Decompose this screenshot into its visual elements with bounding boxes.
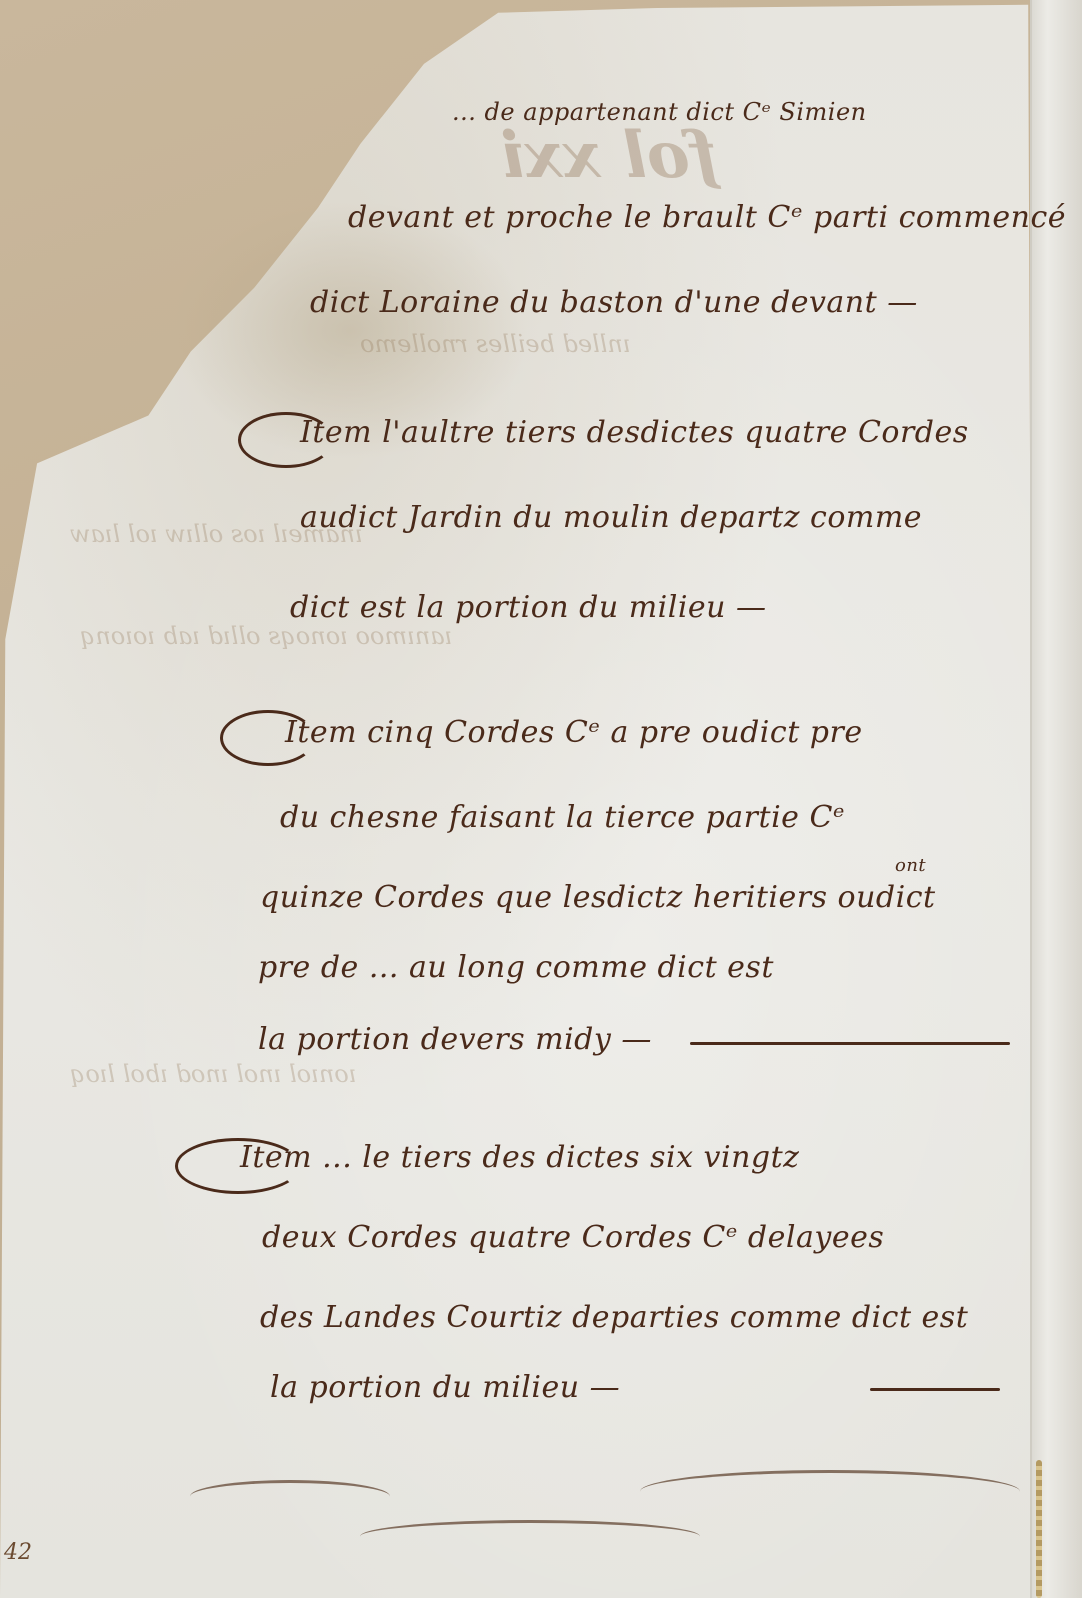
bleed-through-text: ıonıol ınol ınod ıbol lıoq: [70, 1060, 356, 1088]
text-line: deux Cordes quatre Cordes Cᵉ delayees: [262, 1220, 884, 1255]
text-line: la portion du milieu —: [270, 1370, 620, 1405]
pen-stroke: [360, 1520, 700, 1553]
text-line: la portion devers midy —: [258, 1022, 652, 1057]
text-line: devant et proche le brault Cᵉ parti comm…: [348, 200, 1066, 235]
binding-thread: [1036, 1460, 1042, 1598]
pen-stroke: [190, 1480, 390, 1513]
text-line: des Landes Courtiz departies comme dict …: [260, 1300, 968, 1335]
text-line: dict est la portion du milieu —: [290, 590, 767, 625]
text-line: dict Loraine du baston d'une devant —: [310, 285, 918, 320]
binding-gutter: [1030, 0, 1082, 1598]
folio-number: 42: [4, 1540, 32, 1565]
text-line: audict Jardin du moulin departz comme: [300, 500, 922, 535]
paper-leaf: [0, 0, 1060, 1598]
text-line: Item l'aultre tiers desdictes quatre Cor…: [300, 415, 969, 450]
line-filler-dash: [690, 1042, 1010, 1045]
line-filler-dash: [870, 1388, 1000, 1391]
text-line: ... de appartenant dict Cᵉ Simien: [452, 98, 867, 126]
bleed-through-folio: fol xxi: [500, 118, 717, 193]
bleed-through-text: ınlled beilles rnollemo: [360, 330, 631, 358]
text-line: pre de ... au long comme dict est: [258, 950, 774, 985]
bleed-through-text: ıanımoo ıonoqs ollıd ıab ıoıonq: [80, 622, 452, 650]
text-line: Item cinq Cordes Cᵉ a pre oudict pre: [285, 715, 863, 750]
manuscript-photo: fol xxi ınlled beilles rnollemo ınameıl …: [0, 0, 1082, 1598]
text-line: Item ... le tiers des dictes six vingtz: [240, 1140, 799, 1175]
text-line: du chesne faisant la tierce partie Cᵉ: [280, 800, 845, 835]
interlinear-insertion: ont: [895, 855, 926, 876]
text-line: quinze Cordes que lesdictz heritiers oud…: [260, 880, 936, 915]
pen-stroke: [640, 1470, 1020, 1513]
